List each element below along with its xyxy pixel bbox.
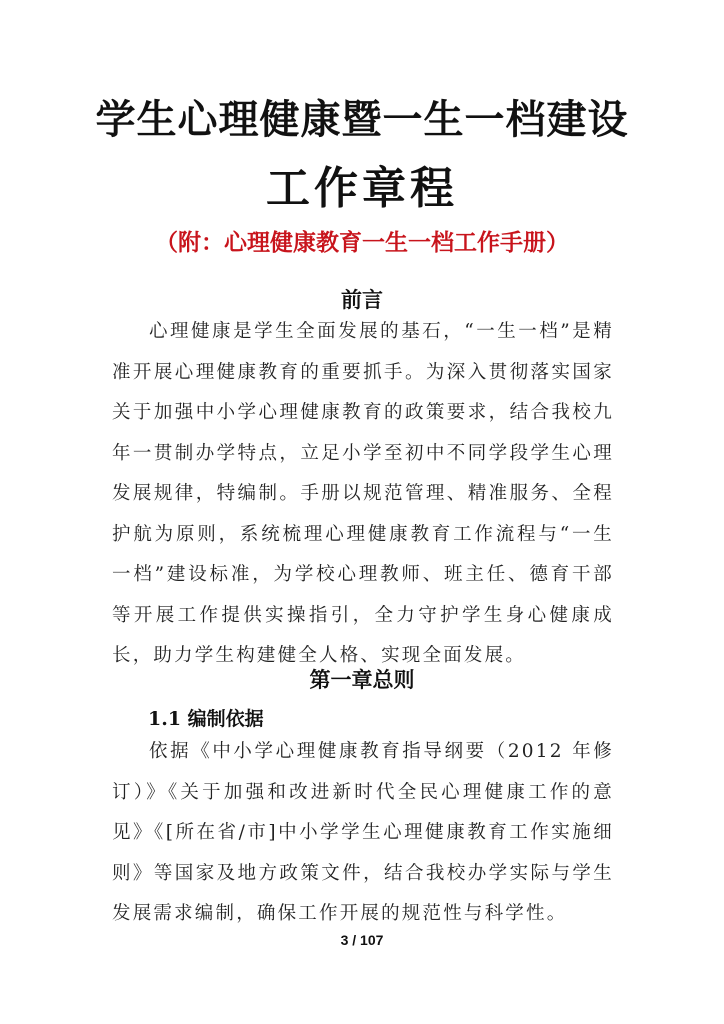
chapter1-heading: 第一章总则 bbox=[0, 664, 724, 694]
document-page: 学生心理健康暨一生一档建设 工作章程 （附：心理健康教育一生一档工作手册） 前言… bbox=[0, 0, 724, 1024]
section-1-1-paragraph: 依据《中小学心理健康教育指导纲要（2012 年修订）》《关于加强和改进新时代全民… bbox=[112, 732, 614, 935]
page-indicator: 3 / 107 bbox=[0, 932, 724, 948]
document-title-line1: 学生心理健康暨一生一档建设 bbox=[0, 88, 724, 145]
section-1-1-heading: 1.1 编制依据 bbox=[148, 704, 264, 731]
preface-paragraph: 心理健康是学生全面发展的基石，“一生一档”是精准开展心理健康教育的重要抓手。为深… bbox=[112, 312, 614, 677]
document-subtitle: （附：心理健康教育一生一档工作手册） bbox=[0, 224, 724, 257]
document-title-line2: 工作章程 bbox=[0, 152, 724, 216]
preface-heading: 前言 bbox=[0, 284, 724, 314]
